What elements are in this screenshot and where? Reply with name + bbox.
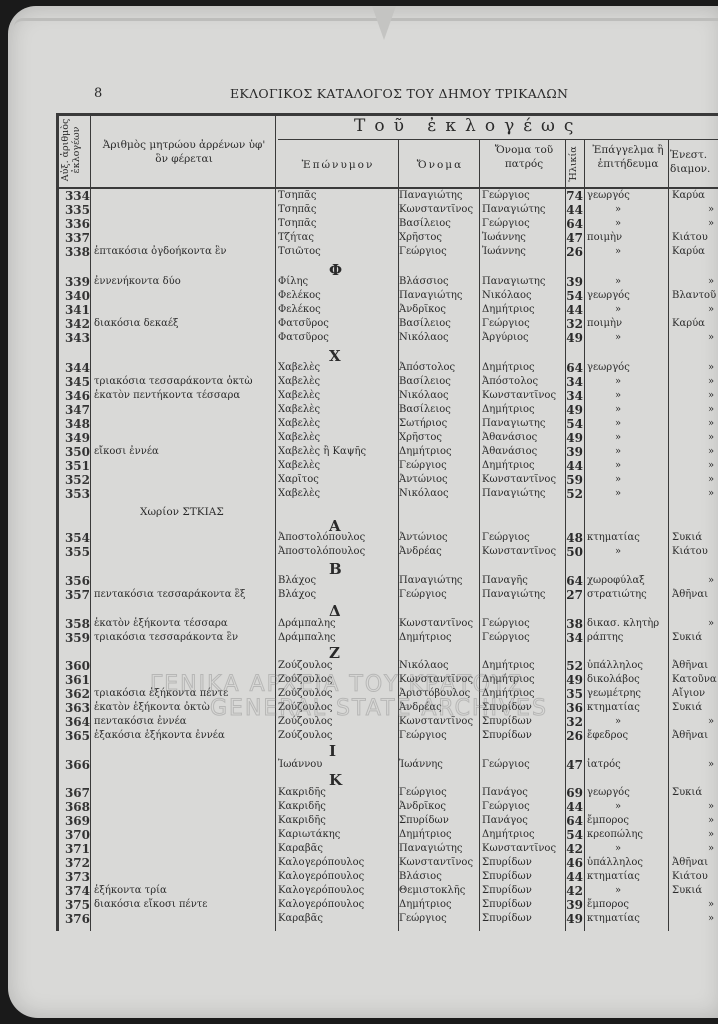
age: 44: [561, 801, 583, 813]
age: 54: [561, 418, 583, 430]
age: 74: [561, 190, 583, 202]
father-name: Ἀθανάσιος: [482, 432, 537, 444]
age: 69: [561, 787, 583, 799]
father-name: Νικόλαος: [482, 290, 532, 302]
residence: Καρύα: [672, 190, 705, 202]
header-father: Ὄνομα τοῦ πατρός: [486, 143, 562, 171]
header-profession: Ἐπάγγελμα ἢ ἐπιτήδευμα: [588, 143, 668, 171]
registry-number-words: ἑξακόσια ἑξήκοντα ἐννέα: [94, 730, 225, 742]
surname: Φίλης: [278, 276, 308, 288]
age: 26: [561, 246, 583, 258]
age: 39: [561, 899, 583, 911]
age: 49: [561, 404, 583, 416]
serial-number: 358: [56, 618, 90, 630]
surname: Χαβελὲς: [278, 362, 320, 374]
father-name: Κωνσταντῖνος: [482, 843, 556, 855]
age: 38: [561, 618, 583, 630]
serial-number: 374: [56, 885, 90, 897]
profession: δικασ. κλητὴρ: [587, 618, 659, 630]
first-name: Βασίλειος: [399, 404, 451, 416]
residence: Ἀθῆναι: [672, 589, 708, 601]
serial-number: 359: [56, 632, 90, 644]
profession: χωροφύλαξ: [587, 575, 645, 587]
father-name: Σπυρίδων: [482, 913, 532, 925]
profession: δικολάβος: [587, 674, 640, 686]
age: 34: [561, 632, 583, 644]
residence: »: [708, 474, 714, 486]
surname: Κακριδῆς: [278, 801, 326, 813]
serial-number: 372: [56, 857, 90, 869]
first-name: Βασίλειος: [399, 318, 451, 330]
surname: Φελέκος: [278, 304, 321, 316]
father-name: Γεώργιος: [482, 618, 530, 630]
age: 34: [561, 376, 583, 388]
serial-number: 363: [56, 702, 90, 714]
first-name: Γεώργιος: [399, 787, 447, 799]
profession: »: [615, 843, 621, 855]
residence: Συκιά: [672, 702, 702, 714]
first-name: Δημήτριος: [399, 899, 452, 911]
profession: κρεοπώλης: [587, 829, 643, 841]
first-name: Νικόλαος: [399, 660, 449, 672]
profession: κτηματίας: [587, 913, 640, 925]
age: 47: [561, 759, 583, 771]
registry-number-words: τριακόσια τεσσαράκοντα ὀκτὼ: [94, 376, 253, 388]
profession: ὑπάλληλος: [587, 857, 643, 869]
registry-number-words: πεντακόσια τεσσαράκοντα ἓξ: [94, 589, 246, 601]
residence: Ἀθῆναι: [672, 857, 708, 869]
residence: »: [708, 801, 714, 813]
surname: Καραβᾶς: [278, 843, 323, 855]
surname: Τζήτας: [278, 232, 314, 244]
age: 35: [561, 688, 583, 700]
residence: »: [708, 390, 714, 402]
surname: Καριωτάκης: [278, 829, 340, 841]
serial-number: 340: [56, 290, 90, 302]
serial-number: 335: [56, 204, 90, 216]
surname: Ἀποστολόπουλος: [278, 532, 365, 544]
profession: »: [615, 246, 621, 258]
registry-number-words: τριακόσια τεσσαράκοντα ἓν: [94, 632, 238, 644]
first-name: Βλάσσιος: [399, 276, 449, 288]
profession: »: [615, 488, 621, 500]
surname: Καλογερόπουλος: [278, 857, 364, 869]
surname: Χαβελὲς: [278, 488, 320, 500]
serial-number: 334: [56, 190, 90, 202]
profession: ὑπάλληλος: [587, 660, 643, 672]
age: 49: [561, 432, 583, 444]
serial-number: 364: [56, 716, 90, 728]
first-name: Γεώργιος: [399, 730, 447, 742]
profession: ποιμὴν: [587, 318, 622, 330]
father-name: Παναγιώτης: [482, 589, 545, 601]
father-name: Δημήτριος: [482, 304, 535, 316]
first-name: Παναγιώτης: [399, 575, 462, 587]
age: 39: [561, 276, 583, 288]
first-name: Βασίλειος: [399, 218, 451, 230]
residence: Συκιά: [672, 632, 702, 644]
col-divider-profession: [668, 140, 669, 931]
surname: Κακριδῆς: [278, 815, 326, 827]
age: 59: [561, 474, 583, 486]
profession: κτηματίας: [587, 871, 640, 883]
father-name: Πανάγος: [482, 815, 528, 827]
father-name: Ἀργύριος: [482, 332, 529, 344]
first-name: Γεώργιος: [399, 460, 447, 472]
age: 49: [561, 674, 583, 686]
surname: Τσηπᾶς: [278, 204, 316, 216]
father-name: Κωνσταντῖνος: [482, 474, 556, 486]
age: 42: [561, 843, 583, 855]
surname: Καλογερόπουλος: [278, 871, 364, 883]
profession: γεωμέτρης: [587, 688, 641, 700]
residence: Συκιά: [672, 787, 702, 799]
serial-number: 375: [56, 899, 90, 911]
first-name: Ἀνδρέας: [399, 546, 442, 558]
profession: »: [615, 546, 621, 558]
first-name: Παναγιώτης: [399, 843, 462, 855]
surname: Χαβελὲς: [278, 418, 320, 430]
residence: »: [708, 618, 714, 630]
age: 39: [561, 446, 583, 458]
serial-number: 352: [56, 474, 90, 486]
serial-number: 353: [56, 488, 90, 500]
profession: »: [615, 376, 621, 388]
first-name: Ἀντώνιος: [399, 532, 448, 544]
age: 52: [561, 488, 583, 500]
serial-number: 349: [56, 432, 90, 444]
surname: Τσιῶτος: [278, 246, 321, 258]
residence: »: [708, 843, 714, 855]
residence: »: [708, 446, 714, 458]
residence: »: [708, 218, 714, 230]
father-name: Γεώργιος: [482, 318, 530, 330]
header-serial: Αὐξ. ἀριθμὸς ἐκλογέων: [60, 114, 82, 186]
voter-register-table: Αὐξ. ἀριθμὸς ἐκλογέων Ἀριθμὸς μητρώου ἀρ…: [0, 0, 718, 1024]
father-name: Κωνσταντῖνος: [482, 390, 556, 402]
father-name: Γεώργιος: [482, 632, 530, 644]
header-registry: Ἀριθμὸς μητρώου ἀρρένων ὑφ' ὃν φέρεται: [96, 138, 272, 166]
serial-number: 370: [56, 829, 90, 841]
serial-number: 338: [56, 246, 90, 258]
father-name: Κωνσταντῖνος: [482, 546, 556, 558]
surname: Ζούζουλος: [278, 660, 333, 672]
surname: Ἰωάννου: [278, 759, 322, 771]
father-name: Γεώργιος: [482, 759, 530, 771]
father-name: Παναγῆς: [482, 575, 528, 587]
father-name: Δημήτριος: [482, 660, 535, 672]
father-name: Δημήτριος: [482, 829, 535, 841]
residence: »: [708, 913, 714, 925]
residence: »: [708, 204, 714, 216]
age: 34: [561, 390, 583, 402]
profession: ράπτης: [587, 632, 623, 644]
residence: »: [708, 899, 714, 911]
first-name: Κωνσταντῖνος: [399, 618, 473, 630]
age: 48: [561, 532, 583, 544]
alphabet-letter-heading: Χ: [329, 347, 341, 365]
profession: »: [615, 460, 621, 472]
serial-number: 371: [56, 843, 90, 855]
first-name: Ἰωάννης: [399, 759, 443, 771]
serial-number: 341: [56, 304, 90, 316]
age: 49: [561, 913, 583, 925]
archive-watermark-line1: ΓΕΝΙΚΑ ΑΡΧΕΙΑ ΤΟΥ ΚΡΑΤΟΥΣ: [150, 672, 523, 697]
father-name: Δημήτριος: [482, 460, 535, 472]
father-name: Παναγιωτης: [482, 418, 545, 430]
father-name: Ἀπόστολος: [482, 376, 538, 388]
first-name: Νικόλαος: [399, 332, 449, 344]
father-name: Ἰωάννης: [482, 246, 526, 258]
profession: ἔφεδρος: [587, 730, 628, 742]
age: 64: [561, 815, 583, 827]
surname: Τσηπᾶς: [278, 190, 316, 202]
surname: Χαβελὲς: [278, 460, 320, 472]
residence: Αἴγιον: [672, 688, 705, 700]
serial-number: 368: [56, 801, 90, 813]
residence: »: [708, 332, 714, 344]
surname: Τσηπᾶς: [278, 218, 316, 230]
registry-number-words: εἴκοσι ἐννέα: [94, 446, 159, 458]
surname: Καλογερόπουλος: [278, 899, 364, 911]
surname: Φατσῦρος: [278, 318, 329, 330]
profession: γεωργός: [587, 787, 630, 799]
age: 44: [561, 460, 583, 472]
serial-number: 369: [56, 815, 90, 827]
surname: Χαρῖτος: [278, 474, 319, 486]
alphabet-letter-heading: Κ: [329, 771, 342, 789]
first-name: Χρῆστος: [399, 232, 442, 244]
profession: ἰατρός: [587, 759, 621, 771]
first-name: Βασίλειος: [399, 376, 451, 388]
first-name: Γεώργιος: [399, 913, 447, 925]
father-name: Γεώργιος: [482, 218, 530, 230]
first-name: Δημήτριος: [399, 632, 452, 644]
surname: Βλάχος: [278, 589, 316, 601]
serial-number: 348: [56, 418, 90, 430]
father-name: Γεώργιος: [482, 190, 530, 202]
residence: »: [708, 488, 714, 500]
age: 52: [561, 660, 583, 672]
residence: »: [708, 376, 714, 388]
residence: »: [708, 432, 714, 444]
serial-number: 376: [56, 913, 90, 925]
surname: Καλογερόπουλος: [278, 885, 364, 897]
residence: Καρύα: [672, 246, 705, 258]
first-name: Σωτήριος: [399, 418, 447, 430]
first-name: Χρῆστος: [399, 432, 442, 444]
alphabet-letter-heading: Ι: [329, 742, 336, 760]
profession: »: [615, 304, 621, 316]
serial-number: 366: [56, 759, 90, 771]
first-name: Παναγιώτης: [399, 290, 462, 302]
first-name: Ἀνδρῖκος: [399, 304, 446, 316]
registry-number-words: διακόσια δεκαέξ: [94, 318, 179, 330]
residence: »: [708, 575, 714, 587]
profession: »: [615, 404, 621, 416]
residence: Κατοῦνα: [672, 674, 717, 686]
first-name: Ἀπόστολος: [399, 362, 455, 374]
surname: Φελέκος: [278, 290, 321, 302]
father-name: Ἀθανάσιος: [482, 446, 537, 458]
header-residence: Ἐνεστ. διαμον.: [670, 148, 718, 176]
residence: »: [708, 759, 714, 771]
archive-watermark-line2: GENERAL STATE ARCHIVES: [210, 696, 548, 721]
age: 50: [561, 546, 583, 558]
profession: »: [615, 332, 621, 344]
header-bottom-rule: [56, 187, 718, 189]
serial-number: 336: [56, 218, 90, 230]
father-name: Ἰωάννης: [482, 232, 526, 244]
serial-number: 344: [56, 362, 90, 374]
father-name: Παναγιωτης: [482, 276, 545, 288]
surname: Χαβελὲς: [278, 390, 320, 402]
age: 44: [561, 304, 583, 316]
surname: Ζούζουλος: [278, 730, 333, 742]
profession: κτηματίας: [587, 702, 640, 714]
father-name: Γεώργιος: [482, 801, 530, 813]
profession: »: [615, 432, 621, 444]
serial-number: 347: [56, 404, 90, 416]
serial-number: 355: [56, 546, 90, 558]
profession: ἔμπορος: [587, 815, 629, 827]
serial-number: 339: [56, 276, 90, 288]
profession: »: [615, 390, 621, 402]
residence: »: [708, 404, 714, 416]
registry-number-words: πεντακόσια ἐννέα: [94, 716, 187, 728]
profession: γεωργός: [587, 290, 630, 302]
group-rule: [278, 139, 718, 140]
residence: Κιάτου: [672, 871, 708, 883]
surname: Χαβελὲς ἢ Καψῆς: [278, 446, 366, 458]
profession: στρατιώτης: [587, 589, 647, 601]
surname: Βλάχος: [278, 575, 316, 587]
col-divider-name: [479, 140, 480, 931]
father-name: Πανάγος: [482, 787, 528, 799]
age: 32: [561, 318, 583, 330]
col-divider-serial: [90, 113, 91, 931]
serial-number: 362: [56, 688, 90, 700]
serial-number: 357: [56, 589, 90, 601]
serial-number: 345: [56, 376, 90, 388]
profession: »: [615, 716, 621, 728]
age: 36: [561, 702, 583, 714]
first-name: Παναγιώτης: [399, 190, 462, 202]
registry-number-words: ἐννενήκοντα δύο: [94, 276, 181, 288]
residence: »: [708, 276, 714, 288]
father-name: Σπυρίδων: [482, 871, 532, 883]
header-age: Ἡλικία: [568, 144, 579, 184]
father-name: Παναγιώτης: [482, 204, 545, 216]
surname: Ἀποστολόπουλος: [278, 546, 365, 558]
age: 32: [561, 716, 583, 728]
profession: »: [615, 218, 621, 230]
father-name: Δημήτριος: [482, 362, 535, 374]
first-name: Βλάσιος: [399, 871, 442, 883]
profession: »: [615, 474, 621, 486]
header-surname: Ἐπώνυμον: [280, 158, 396, 172]
serial-number: 365: [56, 730, 90, 742]
serial-number: 360: [56, 660, 90, 672]
surname: Φατσῦρος: [278, 332, 329, 344]
profession: »: [615, 276, 621, 288]
first-name: Γεώργιος: [399, 246, 447, 258]
residence: »: [708, 418, 714, 430]
father-name: Σπυρίδων: [482, 899, 532, 911]
age: 46: [561, 857, 583, 869]
age: 44: [561, 204, 583, 216]
residence: Κιάτου: [672, 546, 708, 558]
surname: Χαβελὲς: [278, 404, 320, 416]
profession: ποιμὴν: [587, 232, 622, 244]
surname: Κακριδῆς: [278, 787, 326, 799]
first-name: Κωνσταντῖνος: [399, 857, 473, 869]
serial-number: 343: [56, 332, 90, 344]
residence: »: [708, 815, 714, 827]
header-name: Ὄνομα: [402, 158, 478, 172]
serial-number: 342: [56, 318, 90, 330]
age: 42: [561, 885, 583, 897]
profession: κτηματίας: [587, 532, 640, 544]
first-name: Νικόλαος: [399, 488, 449, 500]
age: 64: [561, 218, 583, 230]
age: 64: [561, 362, 583, 374]
first-name: Δημήτριος: [399, 829, 452, 841]
serial-number: 350: [56, 446, 90, 458]
surname: Χαβελὲς: [278, 376, 320, 388]
serial-number: 361: [56, 674, 90, 686]
age: 27: [561, 589, 583, 601]
residence: Συκιά: [672, 532, 702, 544]
registry-number-words: ἑκατὸν ἑξήκοντα ὀκτὼ: [94, 702, 210, 714]
first-name: Ἀντώνιος: [399, 474, 448, 486]
profession: »: [615, 885, 621, 897]
residence: Ἀθῆναι: [672, 660, 708, 672]
village-section-heading: Χωρίον ΣΤΚΙΑΣ: [140, 506, 224, 518]
age: 64: [561, 575, 583, 587]
profession: »: [615, 418, 621, 430]
residence: Βλαντοῦ: [672, 290, 716, 302]
residence: Συκιά: [672, 885, 702, 897]
surname: Δράμπαλης: [278, 632, 336, 644]
first-name: Νικόλαος: [399, 390, 449, 402]
alphabet-letter-heading: Β: [329, 560, 342, 578]
father-name: Σπυρίδων: [482, 885, 532, 897]
residence: »: [708, 304, 714, 316]
profession: ἔμπορος: [587, 899, 629, 911]
col-divider-age: [584, 140, 585, 931]
serial-number: 346: [56, 390, 90, 402]
residence: Κιάτου: [672, 232, 708, 244]
age: 44: [561, 871, 583, 883]
first-name: Ἀνδρῖκος: [399, 801, 446, 813]
profession: γεωργός: [587, 190, 630, 202]
serial-number: 373: [56, 871, 90, 883]
residence: »: [708, 829, 714, 841]
father-name: Σπυρίδων: [482, 730, 532, 742]
age: 47: [561, 232, 583, 244]
father-name: Παναγιώτης: [482, 488, 545, 500]
registry-number-words: ἑξήκοντα τρία: [94, 885, 167, 897]
serial-number: 354: [56, 532, 90, 544]
serial-number: 337: [56, 232, 90, 244]
age: 49: [561, 332, 583, 344]
first-name: Κωνσταντῖνος: [399, 204, 473, 216]
residence: »: [708, 460, 714, 472]
profession: »: [615, 801, 621, 813]
first-name: Γεώργιος: [399, 589, 447, 601]
residence: »: [708, 362, 714, 374]
